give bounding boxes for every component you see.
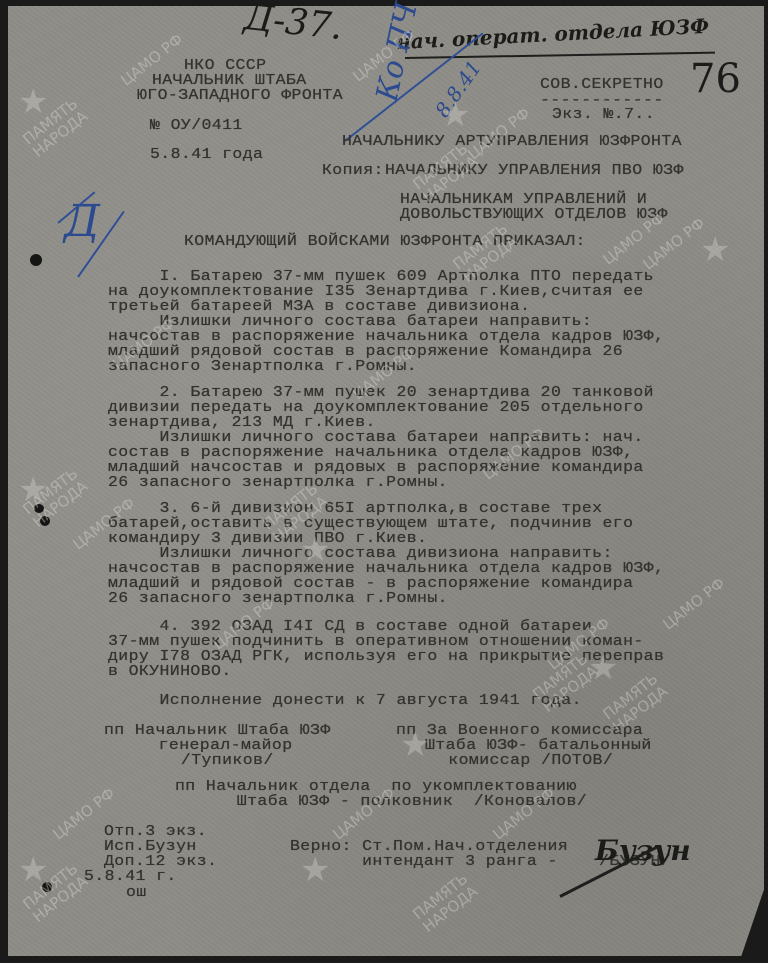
document-number: № ОУ/0411 [150, 117, 243, 133]
paragraph-4-line: в ОКУНИНОВО. [108, 663, 232, 679]
footer-date: 5.8.41 г. [84, 868, 177, 884]
sheet-number: 76 [690, 56, 741, 102]
copy-number: Экз. №.7.. [552, 106, 655, 122]
addressee-copy-1: НАЧАЛЬНИКУ УПРАВЛЕНИЯ ПВО ЮЗФ [385, 162, 684, 178]
document-date: 5.8.41 года [150, 146, 263, 162]
signature-chief-name: /Тупиков/ [150, 752, 274, 768]
handwritten-signature: Бузун [595, 834, 691, 867]
order-heading: КОМАНДУЮЩИЙ ВОЙСКАМИ ЮЗФРОНТА ПРИКАЗАЛ: [184, 233, 586, 249]
paragraph-2-line: 26 запасного зенартполка г.Ромны. [108, 474, 448, 490]
report-deadline: Исполнение донести к 7 августа 1941 года… [108, 692, 582, 708]
punch-hole [34, 504, 44, 513]
copy-label: Копия: [322, 162, 384, 178]
punch-hole [30, 254, 42, 266]
signature-manning-chief-rank: Штаба ЮЗФ - полковник /Коновалов/ [175, 793, 587, 809]
header-front: ЮГО-ЗАПАДНОГО ФРОНТА [137, 87, 343, 103]
signature-commissar-name: комиссар /ПОТОВ/ [438, 752, 613, 768]
paragraph-1-line: запасного Зенартполка г.Ромны. [108, 358, 417, 374]
punch-hole [40, 516, 50, 526]
paragraph-3-line: 26 запасного зенартполка г.Ромны. [108, 590, 448, 606]
addressee-copy-2b: ДОВОЛЬСТВУЮЩИХ ОТДЕЛОВ ЮЗФ [400, 206, 668, 222]
addressee-main: НАЧАЛЬНИКУ АРТУПРАВЛЕНИЯ ЮЗФРОНТА [342, 133, 682, 149]
punch-hole [42, 882, 52, 892]
footer-typist: ош [126, 884, 147, 900]
classification-label: СОВ.СЕКРЕТНО [540, 76, 664, 92]
